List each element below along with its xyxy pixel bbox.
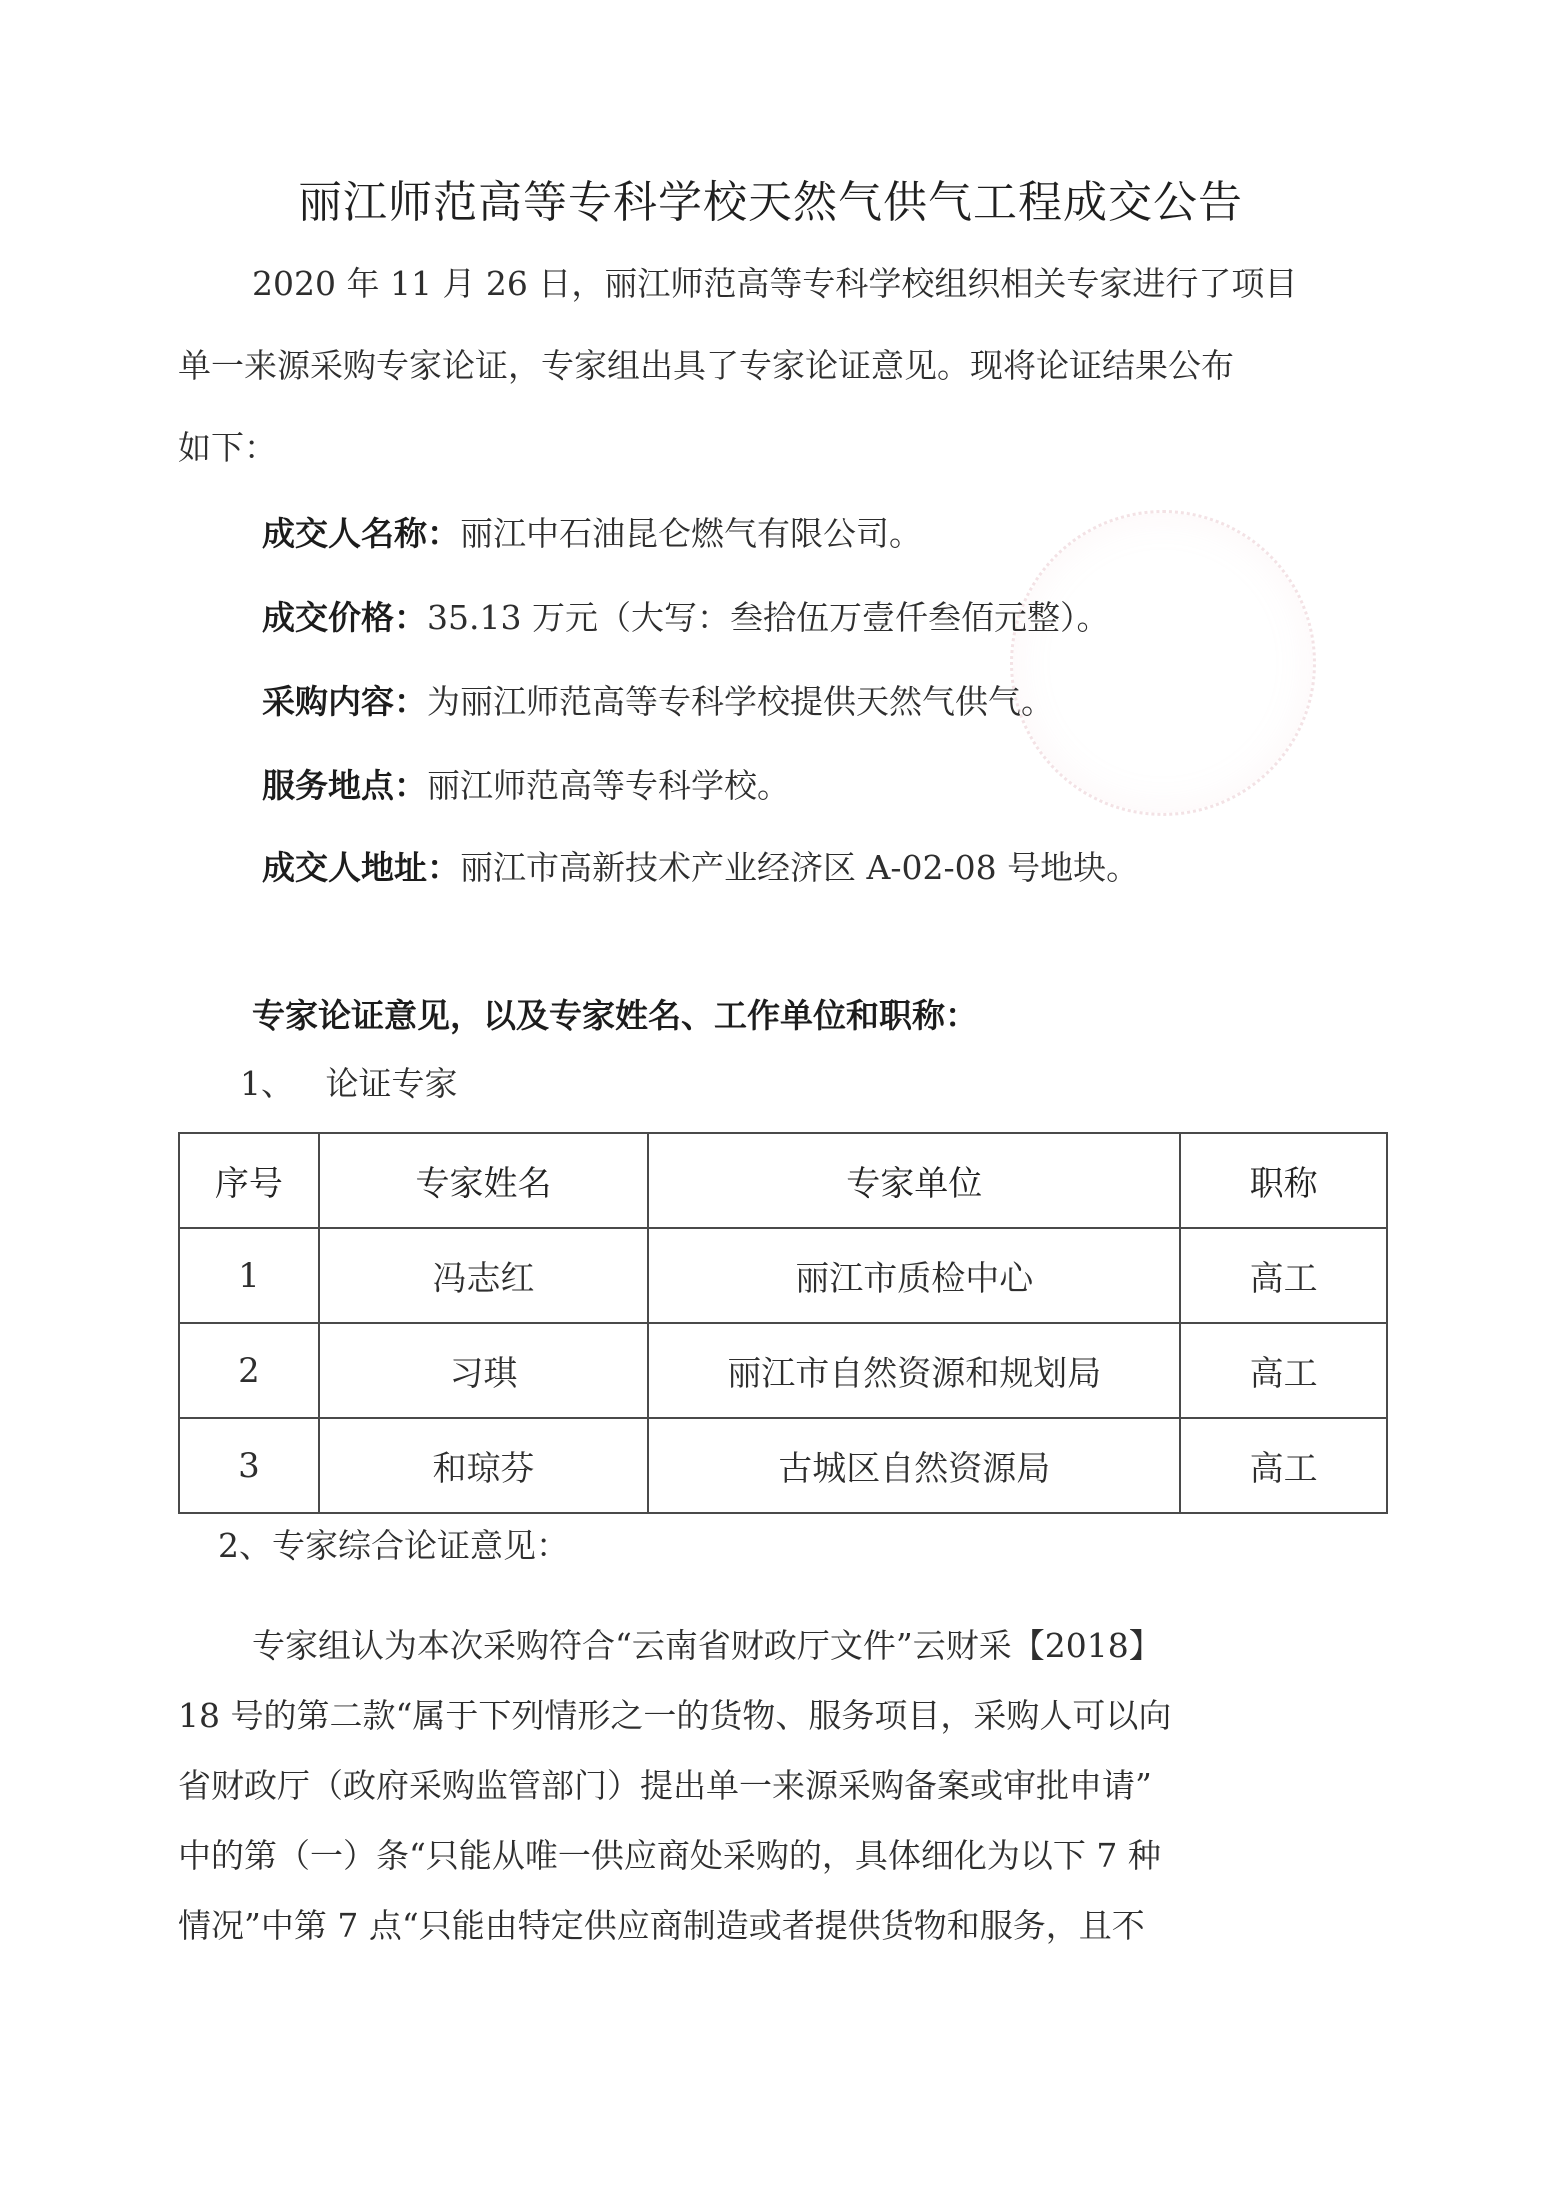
cell-index: 3 [179,1418,319,1513]
opinion-line-4: 中的第（一）条“只能从唯一供应商处采购的，具体细化为以下 7 种 [178,1830,1161,1877]
official-seal-stamp [1010,510,1316,816]
subsection-experts-heading: 1、 论证专家 [240,1058,457,1105]
detail-value: 丽江中石油昆仑燃气有限公司。 [460,514,922,553]
opinion-line-5: 情况”中第 7 点“只能由特定供应商制造或者提供货物和服务，且不 [178,1900,1145,1947]
table-header-row: 序号 专家姓名 专家单位 职称 [179,1133,1387,1228]
cell-title: 高工 [1180,1228,1387,1323]
detail-value: 35.13 万元（大写：叁拾伍万壹仟叁佰元整）。 [427,598,1109,637]
cell-index: 1 [179,1228,319,1323]
cell-expert-unit: 丽江市自然资源和规划局 [648,1323,1180,1418]
header-expert-unit: 专家单位 [648,1133,1180,1228]
experts-table: 序号 专家姓名 专家单位 职称 1 冯志红 丽江市质检中心 高工 2 习琪 丽江… [178,1132,1388,1514]
detail-value: 丽江师范高等专科学校。 [427,766,790,805]
detail-value: 丽江市高新技术产业经济区 A-02-08 号地块。 [460,848,1139,887]
detail-winner-name: 成交人名称：丽江中石油昆仑燃气有限公司。 [262,508,922,555]
cell-title: 高工 [1180,1418,1387,1513]
detail-label: 成交价格： [262,598,427,637]
document-title: 丽江师范高等专科学校天然气供气工程成交公告 [0,166,1541,230]
intro-line-2: 单一来源采购专家论证，专家组出具了专家论证意见。现将论证结果公布 [178,340,1234,387]
subsection-opinion-heading: 2、专家综合论证意见： [218,1520,569,1567]
header-index: 序号 [179,1133,319,1228]
document-page: 丽江师范高等专科学校天然气供气工程成交公告 2020 年 11 月 26 日，丽… [0,0,1541,2198]
detail-procurement-content: 采购内容：为丽江师范高等专科学校提供天然气供气。 [262,676,1054,723]
expert-section-heading: 专家论证意见，以及专家姓名、工作单位和职称： [252,990,978,1037]
cell-index: 2 [179,1323,319,1418]
table-row: 3 和琼芬 古城区自然资源局 高工 [179,1418,1387,1513]
detail-service-location: 服务地点：丽江师范高等专科学校。 [262,760,790,807]
intro-line-3: 如下： [178,422,277,469]
opinion-line-1: 专家组认为本次采购符合“云南省财政厅文件”云财采【2018】 [252,1620,1162,1667]
detail-label: 成交人地址： [262,848,460,887]
intro-line-1: 2020 年 11 月 26 日，丽江师范高等专科学校组织相关专家进行了项目 [252,258,1297,305]
header-title: 职称 [1180,1133,1387,1228]
detail-label: 服务地点： [262,766,427,805]
header-expert-name: 专家姓名 [319,1133,648,1228]
opinion-line-2: 18 号的第二款“属于下列情形之一的货物、服务项目，采购人可以向 [178,1690,1171,1737]
cell-expert-unit: 古城区自然资源局 [648,1418,1180,1513]
detail-label: 成交人名称： [262,514,460,553]
detail-value: 为丽江师范高等专科学校提供天然气供气。 [427,682,1054,721]
cell-expert-unit: 丽江市质检中心 [648,1228,1180,1323]
cell-expert-name: 冯志红 [319,1228,648,1323]
cell-title: 高工 [1180,1323,1387,1418]
cell-expert-name: 和琼芬 [319,1418,648,1513]
table-row: 1 冯志红 丽江市质检中心 高工 [179,1228,1387,1323]
cell-expert-name: 习琪 [319,1323,648,1418]
detail-price: 成交价格：35.13 万元（大写：叁拾伍万壹仟叁佰元整）。 [262,592,1109,639]
detail-winner-address: 成交人地址：丽江市高新技术产业经济区 A-02-08 号地块。 [262,842,1139,889]
opinion-line-3: 省财政厅（政府采购监管部门）提出单一来源采购备案或审批申请” [178,1760,1152,1807]
table-row: 2 习琪 丽江市自然资源和规划局 高工 [179,1323,1387,1418]
detail-label: 采购内容： [262,682,427,721]
